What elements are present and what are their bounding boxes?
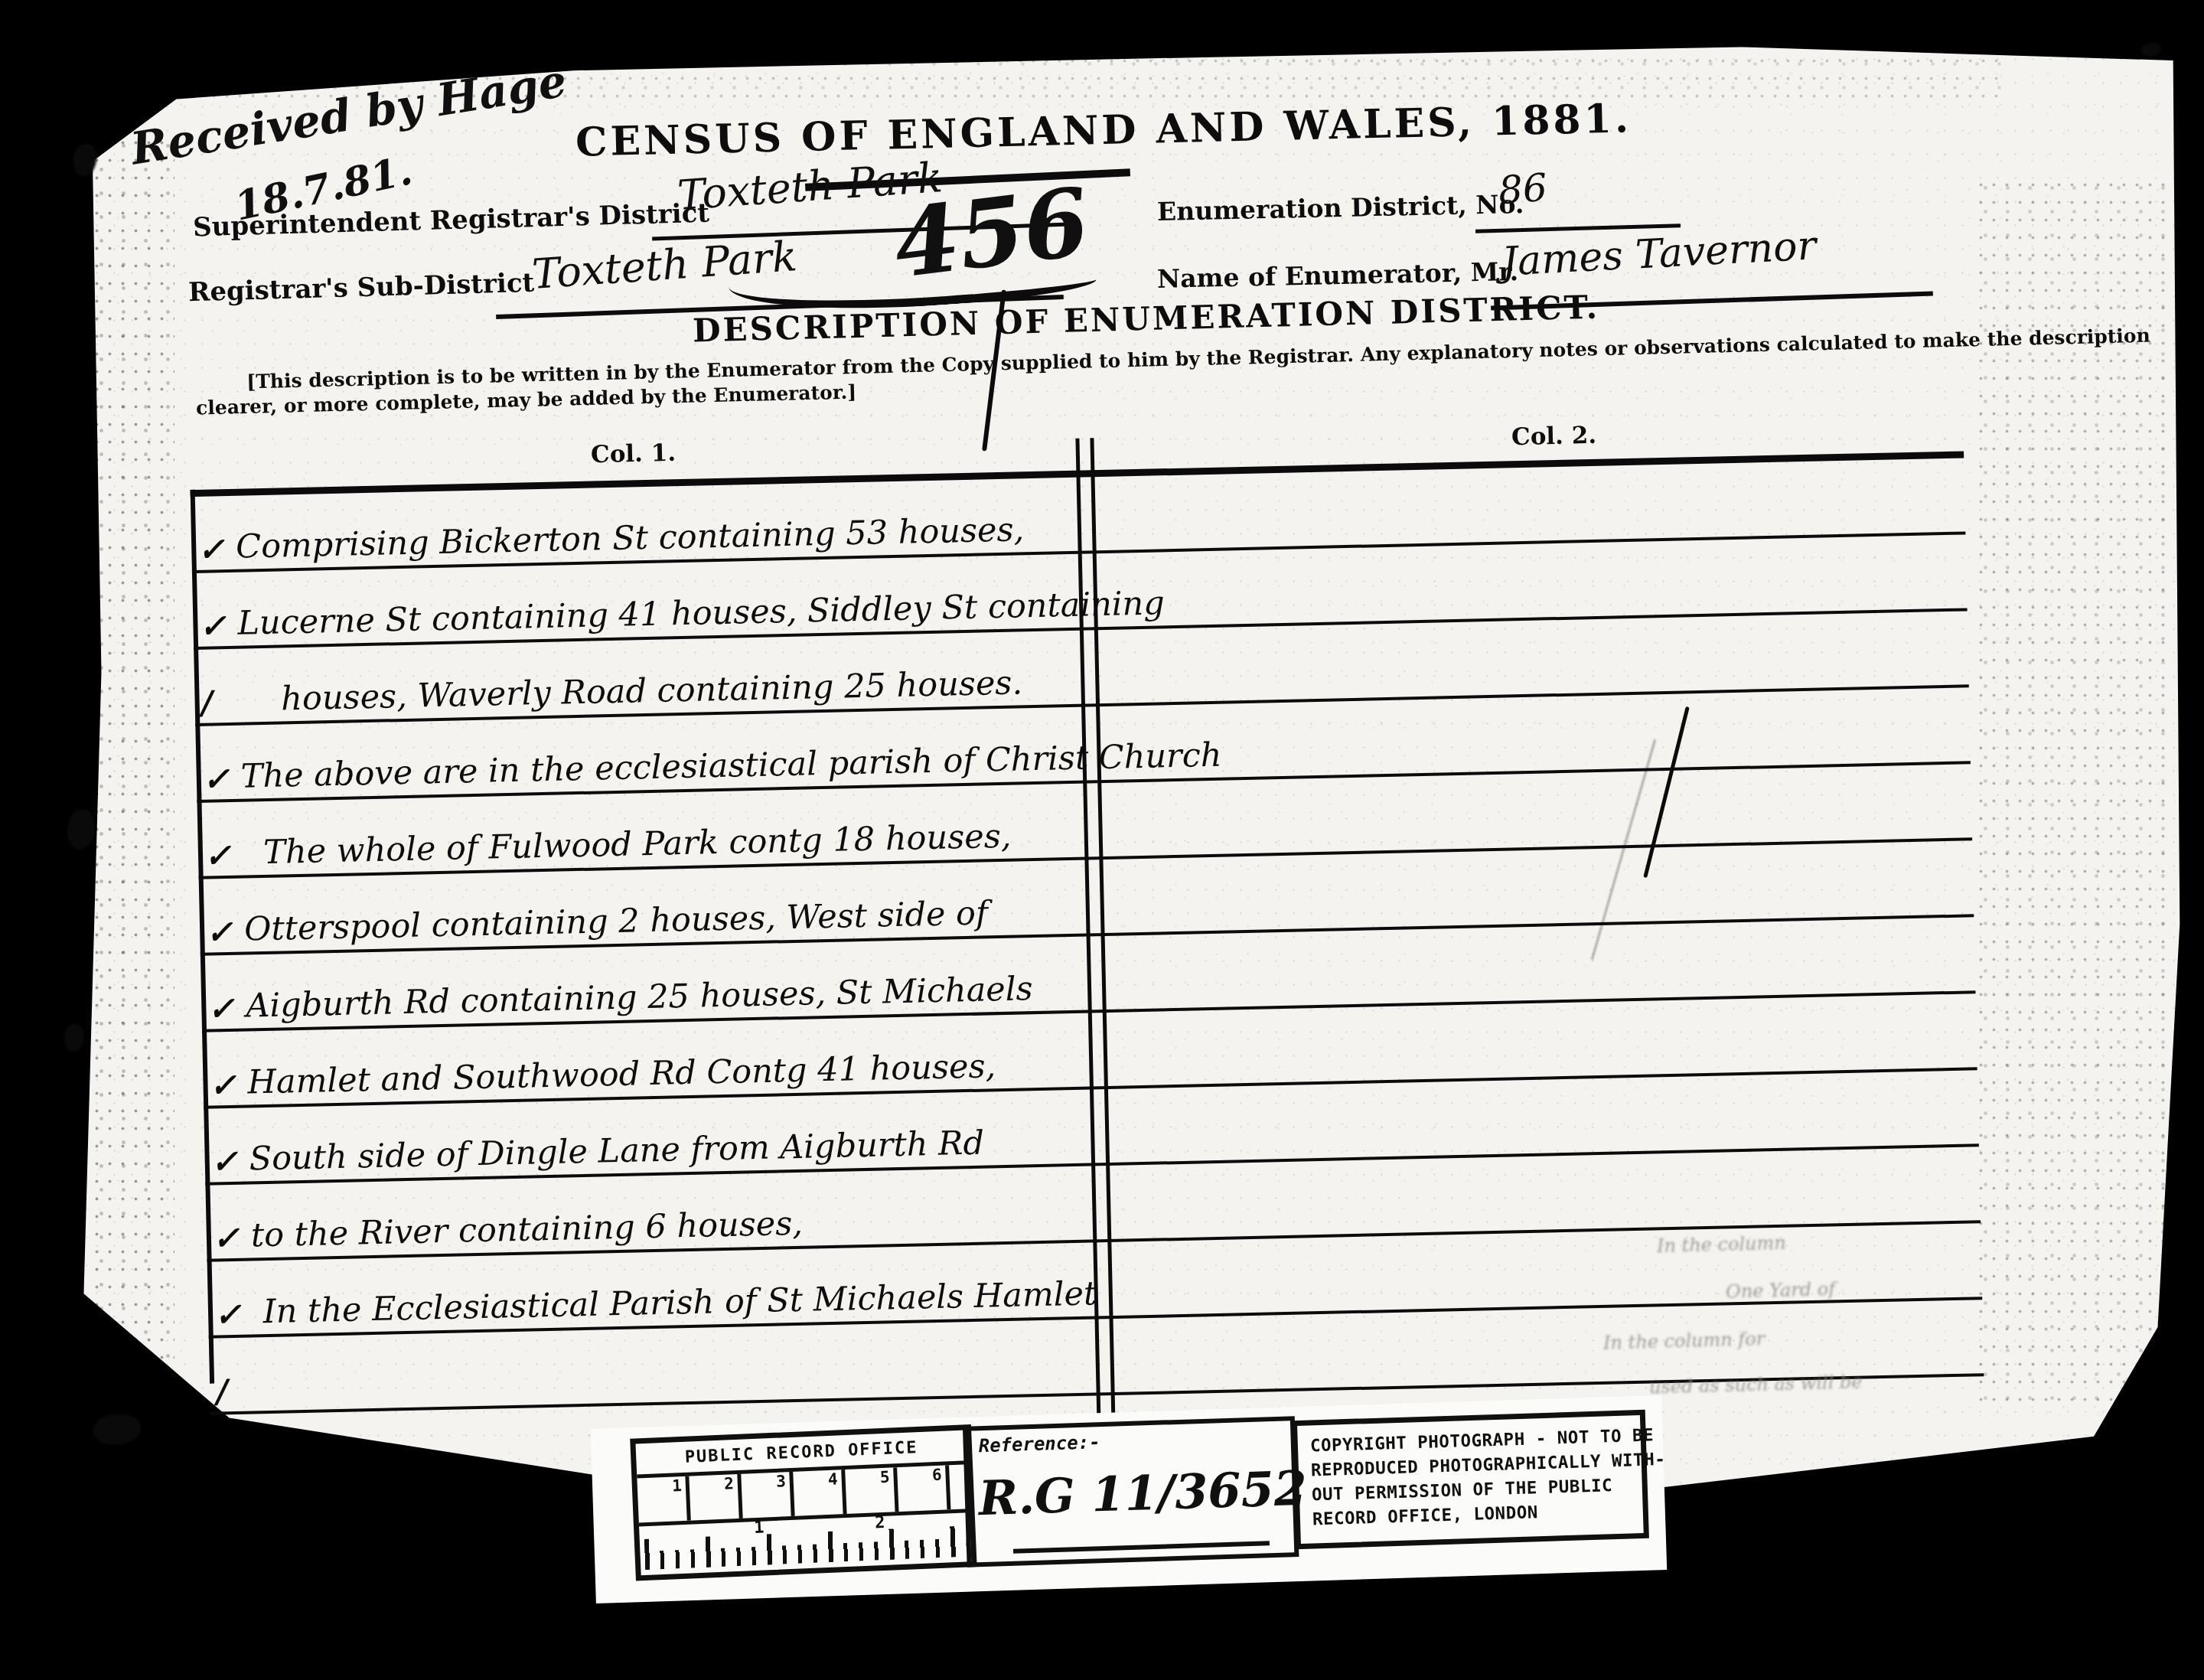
public-record-office-ruler-stamp: PUBLIC RECORD OFFICE 1 2 3 4 — [630, 1424, 976, 1581]
ink-blot — [93, 1414, 141, 1445]
ink-blot — [64, 1024, 84, 1052]
reference-underline — [1013, 1541, 1270, 1554]
ruler-cm-number: 2 — [724, 1474, 735, 1493]
copyright-stamp: COPYRIGHT PHOTOGRAPH - NOT TO BE REPRODU… — [1292, 1410, 1649, 1549]
ink-blot — [67, 810, 95, 850]
ruler-cm-cell: 1 — [637, 1476, 690, 1523]
ruler-cm-number: 6 — [931, 1466, 942, 1485]
check-mark: ✓ — [204, 837, 232, 875]
ruler-cm-cell: 4 — [793, 1470, 846, 1516]
check-mark: ✓ — [199, 607, 227, 645]
reference-stamp: Reference:- R.G 11/3652 — [963, 1416, 1299, 1567]
check-mark: ✓ — [206, 913, 233, 951]
check-mark: ✓ — [212, 1219, 240, 1258]
check-mark: ✓ — [197, 530, 225, 569]
ruler-cm-cell: 5 — [845, 1467, 898, 1514]
ruler-cm-number: 3 — [776, 1472, 787, 1491]
check-mark: ✓ — [209, 1066, 236, 1104]
check-mark: / — [216, 1372, 228, 1410]
check-mark: ✓ — [214, 1296, 242, 1334]
ruler-cm-number: 1 — [672, 1476, 683, 1496]
scanned-census-page: Received by Hage 18.7.81. CENSUS OF ENGL… — [0, 0, 2204, 1680]
ruler-cm-cell: 6 — [897, 1465, 950, 1512]
check-mark: ✓ — [202, 760, 230, 798]
check-mark: / — [201, 683, 213, 721]
enumeration-district-number: 86 — [1497, 165, 1549, 213]
check-mark: ✓ — [207, 990, 235, 1028]
handwritten-entry: to the River containing 6 houses, — [250, 1205, 803, 1255]
ghost-text: One Yard of — [1726, 1278, 1836, 1303]
stamp-strip: PUBLIC RECORD OFFICE 1 2 3 4 — [591, 1395, 1667, 1603]
reference-number: R.G 11/3652 — [978, 1460, 1308, 1526]
ruler-cm-cell: 2 — [689, 1474, 742, 1521]
table-rows: ✓ Comprising Bickerton St containing 53 … — [191, 458, 1984, 1414]
check-mark: ✓ — [210, 1143, 238, 1181]
ruler-cm-number: 5 — [879, 1468, 890, 1487]
ghost-text: In the column for — [1603, 1328, 1765, 1354]
ruler-cm-cell: 3 — [741, 1472, 794, 1519]
ghost-text: In the column — [1657, 1232, 1786, 1257]
reference-label: Reference:- — [978, 1431, 1100, 1457]
ruler-cm-number: 4 — [828, 1470, 839, 1489]
ink-blot — [2141, 43, 2161, 57]
